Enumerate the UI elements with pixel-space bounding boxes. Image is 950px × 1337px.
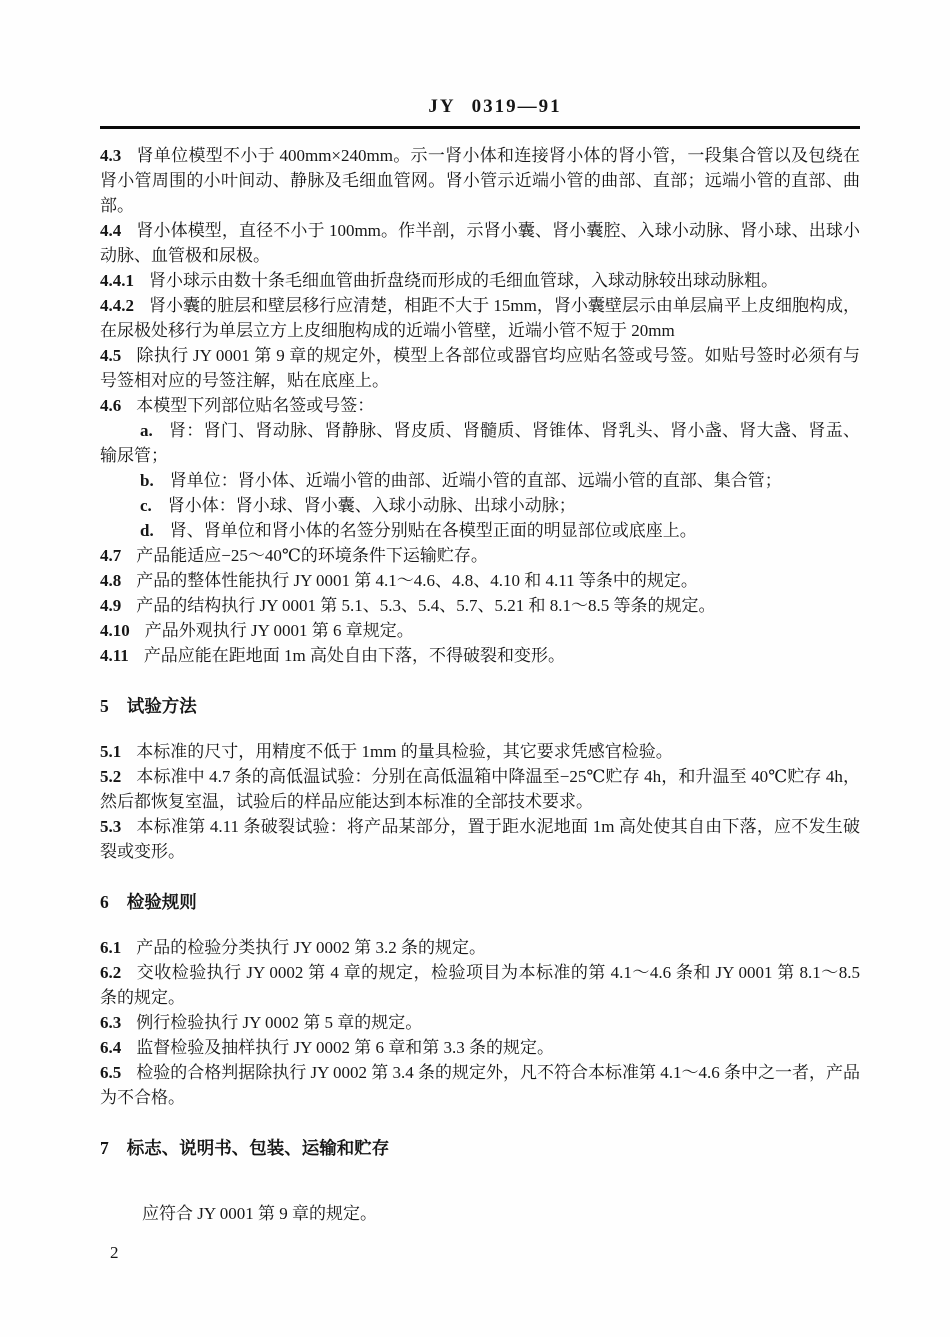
section-7-paragraph: 应符合 JY 0001 第 9 章的规定。 [100,1201,860,1226]
section-title: 试验方法 [127,696,197,716]
section-number: 7 [100,1138,127,1158]
clause-number: 6.1 [100,938,136,957]
clause-4-11: 4.11产品应能在距地面 1m 高处自由下落，不得破裂和变形。 [100,643,860,668]
clause-text: 肾单位模型不小于 400mm×240mm。示一肾小体和连接肾小体的肾小管，一段集… [100,146,860,215]
clause-4-10: 4.10产品外观执行 JY 0001 第 6 章规定。 [100,618,860,643]
clause-6-2: 6.2交收检验执行 JY 0002 第 4 章的规定，检验项目为本标准的第 4.… [100,960,860,1010]
clause-4-4-2: 4.4.2肾小囊的脏层和壁层移行应清楚，相距不大于 15mm，肾小囊壁层示由单层… [100,293,860,343]
list-text: 肾单位：肾小体、近端小管的曲部、近端小管的直部、远端小管的直部、集合管； [170,471,782,490]
clause-text: 监督检验及抽样执行 JY 0002 第 6 章和第 3.3 条的规定。 [136,1038,554,1057]
clause-number: 4.9 [100,596,136,615]
clause-text: 产品外观执行 JY 0001 第 6 章规定。 [145,621,414,640]
list-item-d: d.肾、肾单位和肾小体的名签分别贴在各模型正面的明显部位或底座上。 [100,518,860,543]
clause-4-3: 4.3肾单位模型不小于 400mm×240mm。示一肾小体和连接肾小体的肾小管，… [100,143,860,218]
clause-number: 4.5 [100,346,136,365]
section-number: 5 [100,696,127,716]
clause-4-5: 4.5除执行 JY 0001 第 9 章的规定外，模型上各部位或器官均应贴名签或… [100,343,860,393]
clause-4-6: 4.6本模型下列部位贴名签或号签： [100,393,860,418]
clause-number: 6.3 [100,1013,136,1032]
section-title: 标志、说明书、包装、运输和贮存 [127,1138,390,1158]
clause-6-5: 6.5检验的合格判据除执行 JY 0002 第 3.4 条的规定外，凡不符合本标… [100,1060,860,1110]
list-letter: c. [140,496,168,515]
list-item-a: a.肾：肾门、肾动脉、肾静脉、肾皮质、肾髓质、肾锥体、肾乳头、肾小盏、肾大盏、肾… [100,418,860,468]
list-text: 肾小体：肾小球、肾小囊、入球小动脉、出球小动脉； [168,496,576,515]
clause-text: 肾小囊的脏层和壁层移行应清楚，相距不大于 15mm，肾小囊壁层示由单层扁平上皮细… [100,296,860,340]
list-letter: d. [140,521,170,540]
clause-number: 4.4 [100,221,136,240]
list-text: 肾、肾单位和肾小体的名签分别贴在各模型正面的明显部位或底座上。 [170,521,697,540]
clause-6-4: 6.4监督检验及抽样执行 JY 0002 第 6 章和第 3.3 条的规定。 [100,1035,860,1060]
clause-number: 5.1 [100,742,136,761]
list-item-b: b.肾单位：肾小体、近端小管的曲部、近端小管的直部、远端小管的直部、集合管； [100,468,860,493]
clause-text: 本模型下列部位贴名签或号签： [136,396,374,415]
clause-number: 4.10 [100,621,145,640]
section-5-heading: 5试验方法 [100,694,860,719]
clause-text: 肾小球示由数十条毛细血管曲折盘绕而形成的毛细血管球，入球动脉较出球动脉粗。 [149,271,778,290]
clause-number: 5.3 [100,817,136,836]
clause-number: 4.4.2 [100,296,149,315]
clause-text: 除执行 JY 0001 第 9 章的规定外，模型上各部位或器官均应贴名签或号签。… [100,346,860,390]
clause-text: 本标准第 4.11 条破裂试验：将产品某部分，置于距水泥地面 1m 高处使其自由… [100,817,860,861]
clause-number: 6.5 [100,1063,136,1082]
clause-number: 4.3 [100,146,136,165]
document-page: JY 0319—91 4.3肾单位模型不小于 400mm×240mm。示一肾小体… [0,0,950,1337]
clause-number: 6.2 [100,963,136,982]
list-text: 肾：肾门、肾动脉、肾静脉、肾皮质、肾髓质、肾锥体、肾乳头、肾小盏、肾大盏、肾盂、… [100,421,860,465]
clause-5-2: 5.2本标准中 4.7 条的高低温试验：分别在高低温箱中降温至−25℃贮存 4h… [100,764,860,814]
clause-text: 产品的检验分类执行 JY 0002 第 3.2 条的规定。 [136,938,486,957]
clause-text: 例行检验执行 JY 0002 第 5 章的规定。 [136,1013,422,1032]
clause-4-9: 4.9产品的结构执行 JY 0001 第 5.1、5.3、5.4、5.7、5.2… [100,593,860,618]
clause-text: 产品应能在距地面 1m 高处自由下落，不得破裂和变形。 [144,646,565,665]
page-number: 2 [110,1240,860,1265]
clause-number: 4.4.1 [100,271,149,290]
clause-4-7: 4.7产品能适应−25～40℃的环境条件下运输贮存。 [100,543,860,568]
clause-6-1: 6.1产品的检验分类执行 JY 0002 第 3.2 条的规定。 [100,935,860,960]
clause-number: 4.11 [100,646,144,665]
list-letter: a. [140,421,169,440]
page-content: JY 0319—91 4.3肾单位模型不小于 400mm×240mm。示一肾小体… [100,96,860,1265]
page-header: JY 0319—91 [100,96,860,129]
clause-text: 产品能适应−25～40℃的环境条件下运输贮存。 [136,546,488,565]
clause-5-1: 5.1本标准的尺寸，用精度不低于 1mm 的量具检验，其它要求凭感官检验。 [100,739,860,764]
list-letter: b. [140,471,170,490]
clause-number: 6.4 [100,1038,136,1057]
section-title: 检验规则 [127,892,197,912]
standard-number: JY 0319—91 [100,96,860,118]
document-body: 4.3肾单位模型不小于 400mm×240mm。示一肾小体和连接肾小体的肾小管，… [100,143,860,1265]
clause-text: 本标准的尺寸，用精度不低于 1mm 的量具检验，其它要求凭感官检验。 [136,742,672,761]
section-7-heading: 7标志、说明书、包装、运输和贮存 [100,1136,860,1161]
section-number: 6 [100,892,127,912]
clause-text: 肾小体模型，直径不小于 100mm。作半剖，示肾小囊、肾小囊腔、入球小动脉、肾小… [100,221,860,265]
clause-6-3: 6.3例行检验执行 JY 0002 第 5 章的规定。 [100,1010,860,1035]
clause-text: 产品的整体性能执行 JY 0001 第 4.1～4.6、4.8、4.10 和 4… [136,571,698,590]
clause-5-3: 5.3本标准第 4.11 条破裂试验：将产品某部分，置于距水泥地面 1m 高处使… [100,814,860,864]
clause-text: 本标准中 4.7 条的高低温试验：分别在高低温箱中降温至−25℃贮存 4h，和升… [100,767,860,811]
header-rule [100,126,860,129]
clause-text: 交收检验执行 JY 0002 第 4 章的规定，检验项目为本标准的第 4.1～4… [100,963,860,1007]
section-6-heading: 6检验规则 [100,890,860,915]
clause-4-4: 4.4肾小体模型，直径不小于 100mm。作半剖，示肾小囊、肾小囊腔、入球小动脉… [100,218,860,268]
clause-text: 检验的合格判据除执行 JY 0002 第 3.4 条的规定外，凡不符合本标准第 … [100,1063,860,1107]
clause-number: 4.6 [100,396,136,415]
clause-text: 产品的结构执行 JY 0001 第 5.1、5.3、5.4、5.7、5.21 和… [136,596,715,615]
clause-4-8: 4.8产品的整体性能执行 JY 0001 第 4.1～4.6、4.8、4.10 … [100,568,860,593]
clause-number: 5.2 [100,767,136,786]
clause-number: 4.8 [100,571,136,590]
list-item-c: c.肾小体：肾小球、肾小囊、入球小动脉、出球小动脉； [100,493,860,518]
clause-number: 4.7 [100,546,136,565]
clause-4-4-1: 4.4.1肾小球示由数十条毛细血管曲折盘绕而形成的毛细血管球，入球动脉较出球动脉… [100,268,860,293]
